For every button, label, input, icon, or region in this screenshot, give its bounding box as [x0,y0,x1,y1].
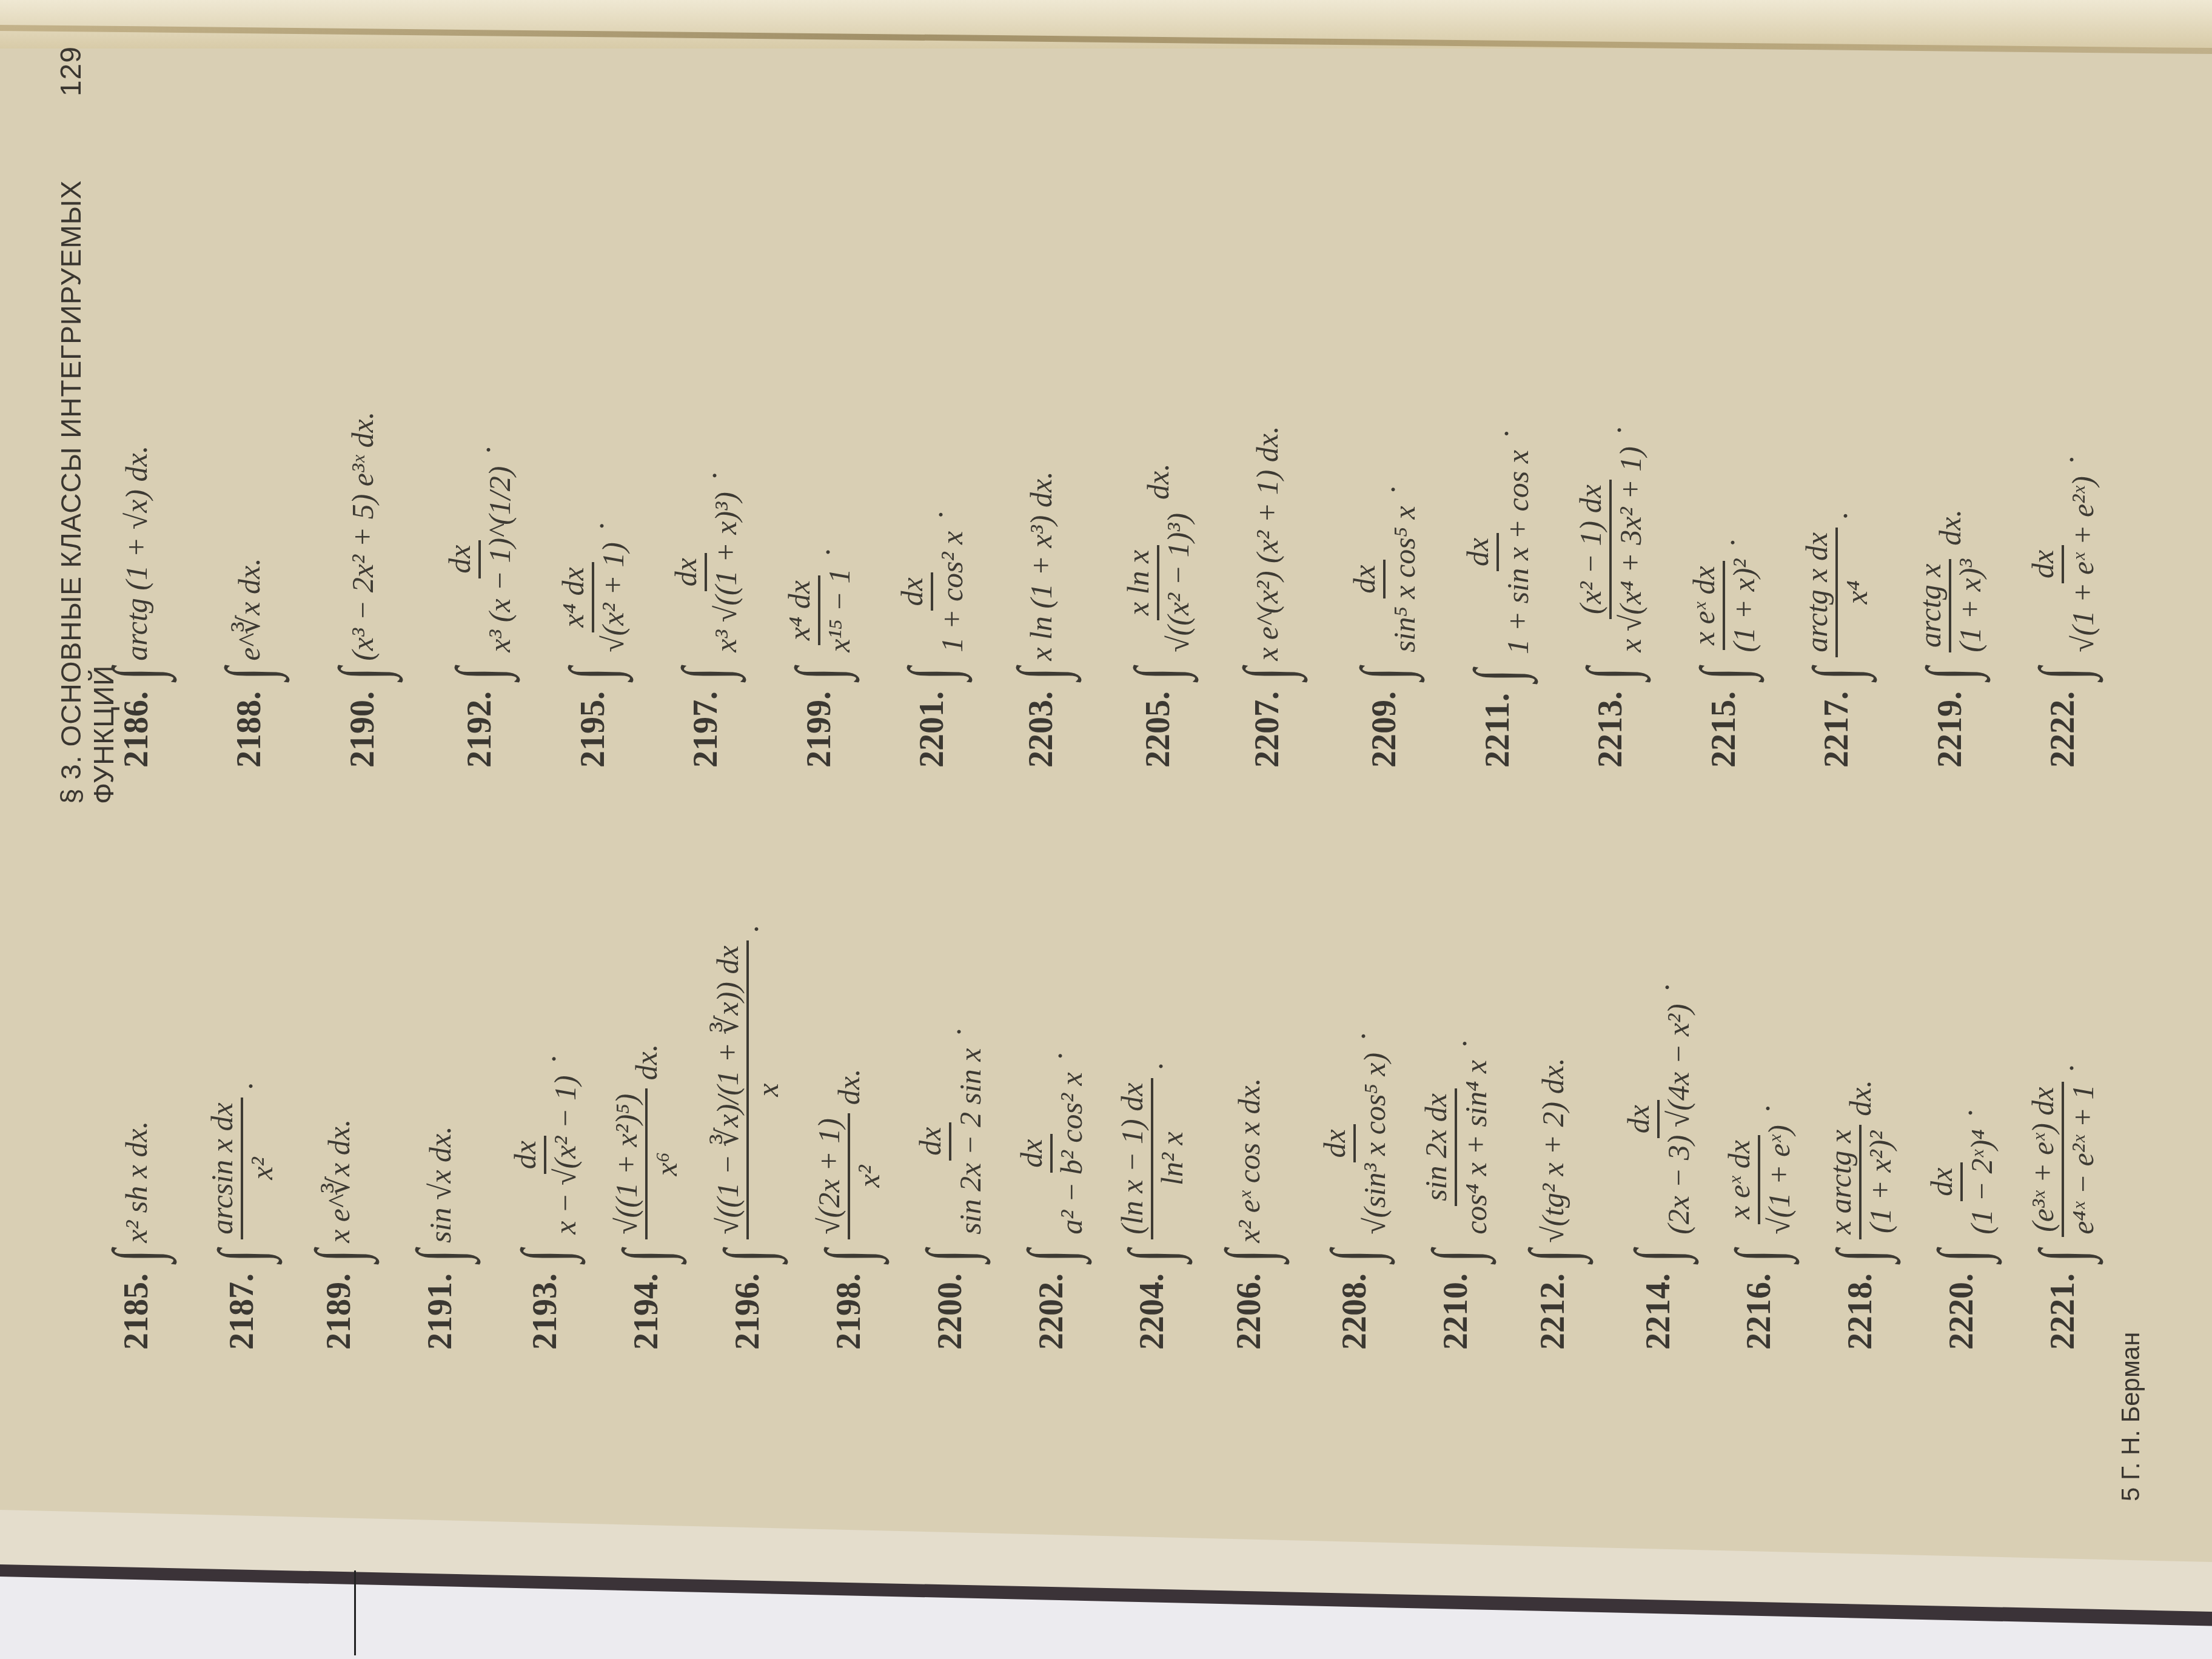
differential-tail: . [730,925,765,933]
integral-sign-icon: ∫ [917,1249,984,1262]
denominator: x² [243,1153,280,1185]
problem-number: 2218. [1841,1273,1880,1350]
problem-number: 2192. [460,691,499,768]
fraction: dx(1 − 2ˣ)⁴ [1924,1124,1999,1239]
integral-sign-icon: ∫ [209,1249,275,1262]
numerator: x ln x [1121,545,1159,620]
numerator: dx [894,572,933,611]
fraction: x eˣ dx(1 + x)² [1686,554,1761,657]
problem-item: 2207.∫x e^(x²) (x² + 1) dx. [1234,426,1301,768]
problem-number: 2203. [1022,691,1061,768]
problem-number: 2201. [913,691,951,768]
differential-tail: . [1593,426,1628,434]
problem-number: 2205. [1139,691,1178,768]
problem-number: 2212. [1533,1273,1572,1350]
problem-number: 2215. [1704,691,1743,768]
denominator: ln² x [1153,1127,1190,1190]
problem-number: 2199. [800,691,839,768]
problem-number: 2214. [1639,1273,1678,1350]
differential-tail: . [1337,1031,1372,1039]
numerator: arcsin x dx [204,1098,243,1239]
book-page: § 3. ОСНОВНЫЕ КЛАССЫ ИНТЕГРИРУЕМЫХ ФУНКЦ… [12,12,2195,1550]
problem-number: 2187. [223,1273,261,1350]
integrand: √(tg² x + 2) dx. [1535,1058,1570,1243]
numerator: √((1 − ∛x)/(1 + ∛x)) dx [710,940,749,1239]
fraction: dx√(1 + eˣ + e²ˣ) [2025,471,2100,657]
numerator: x eˣ dx [1721,1135,1760,1224]
integral-sign-icon: ∫ [1018,1249,1085,1262]
problem-item: 2208.∫dx√(sin³ x cos⁵ x). [1317,1031,1392,1350]
fraction: dxx³ (x − 1)^(1/2) [442,461,517,657]
problem-item: 2221.∫(e³ˣ + eˣ) dxe⁴ˣ − e²ˣ + 1. [2025,1064,2100,1350]
differential-tail: dx. [831,1068,866,1105]
integral-sign-icon: ∫ [1625,1249,1692,1262]
problem-number: 2195. [574,691,612,768]
problem-number: 2208. [1335,1273,1374,1350]
integral-sign-icon: ∫ [1008,667,1074,680]
problem-item: 2220.∫dx(1 − 2ˣ)⁴. [1924,1108,1999,1350]
problem-number: 2197. [686,691,725,768]
denominator: (1 − 2ˣ)⁴ [1963,1124,1999,1239]
fraction: x⁴ dxx¹⁵ − 1 [782,564,857,657]
integral-sign-icon: ∫ [816,1249,882,1262]
problem-number: 2186. [117,691,156,768]
problem-number: 2209. [1365,691,1404,768]
integral-sign-icon: ∫ [103,667,170,680]
problem-item: 2200.∫dxsin 2x − 2 sin x. [913,1027,988,1350]
numerator: dx [1014,1134,1053,1172]
integrand: (x³ − 2x² + 5) e³ˣ dx. [345,412,380,661]
differential-tail: . [914,510,950,518]
fraction: dx√(sin³ x cos⁵ x) [1317,1048,1392,1239]
integral-sign-icon: ∫ [1464,669,1531,682]
problem-item: 2222.∫dx√(1 + eˣ + e²ˣ). [2025,455,2100,768]
integral-sign-icon: ∫ [2029,1249,2096,1262]
numerator: dx [1347,560,1386,598]
differential-tail: . [1741,1104,1777,1112]
fraction: (ln x − 1) dxln² x [1114,1078,1190,1239]
integral-sign-icon: ∫ [407,1249,474,1262]
denominator: (1 + x)³ [1951,554,1988,657]
integral-sign-icon: ∫ [786,667,853,680]
numerator: (e³ˣ + eˣ) dx [2025,1082,2064,1236]
fraction: √((1 − ∛x)/(1 + ∛x)) dxx [710,940,785,1239]
fraction: x⁴ dx√(x² + 1) [555,537,631,657]
problem-item: 2192.∫dxx³ (x − 1)^(1/2). [442,445,517,768]
integral-sign-icon: ∫ [103,1249,170,1262]
denominator: x² [850,1160,886,1192]
denominator: a² − b² cos² x [1053,1067,1089,1239]
problem-item: 2217.∫arctg x dxx⁴. [1799,511,1874,768]
integral-sign-icon: ∫ [613,1249,680,1262]
integral-sign-icon: ∫ [1216,1249,1282,1262]
problem-item: 2190.∫(x³ − 2x² + 5) e³ˣ dx. [329,412,396,768]
problem-item: 2189.∫x e^∛x dx. [306,1119,372,1350]
fraction: dxa² − b² cos² x [1014,1067,1089,1239]
differential-tail: . [1819,511,1854,519]
denominator: (1 + x²)² [1862,1126,1898,1238]
problem-number: 2193. [526,1273,565,1350]
numerator: x eˣ dx [1686,561,1725,650]
denominator: x⁶ [648,1147,684,1181]
problem-number: 2213. [1591,691,1630,768]
problem-number: 2220. [1942,1273,1981,1350]
integral-sign-icon: ∫ [1691,667,1757,680]
fraction: dxsin⁵ x cos⁵ x [1347,501,1422,657]
problem-item: 2214.∫dx(2x − 3) √(4x − x²). [1621,983,1696,1350]
integrand: x² eˣ cos x dx. [1232,1078,1267,1243]
problem-item: 2213.∫(x² − 1) dxx √(x⁴ + 3x² + 1). [1573,426,1648,768]
differential-tail: dx. [629,1044,664,1081]
integral-sign-icon: ∫ [899,667,965,680]
problem-item: 2211.∫dx1 + sin x + cos x. [1460,429,1535,768]
numerator: arctg x [1912,559,1951,652]
fraction: dxx − √(x² − 1) [508,1070,583,1239]
fraction: √(2x + 1)x² [811,1113,886,1239]
numerator: (ln x − 1) dx [1114,1078,1153,1239]
differential-tail: dx. [1843,1080,1878,1116]
denominator: 1 + cos² x [933,526,970,657]
problem-item: 2204.∫(ln x − 1) dxln² x. [1114,1062,1190,1350]
problem-number: 2219. [1931,691,1969,768]
numerator: x⁴ dx [555,562,594,632]
differential-tail: . [462,445,497,453]
numerator: sin 2x dx [1418,1088,1457,1206]
integrand: x e^∛x dx. [321,1119,357,1243]
page-number: 129 [55,46,88,96]
integral-sign-icon: ∫ [446,667,513,680]
numerator: dx [668,553,707,591]
denominator: √(1 + eˣ + e²ˣ) [2064,471,2100,657]
fraction: √((1 + x²)⁵)x⁶ [609,1089,684,1239]
differential-tail: . [1134,1062,1170,1070]
numerator: x arctg x [1823,1125,1862,1239]
problem-item: 2193.∫dxx − √(x² − 1). [508,1054,583,1350]
numerator: dx [913,1122,951,1161]
integral-sign-icon: ∫ [512,1249,578,1262]
problem-number: 2191. [421,1273,460,1350]
problem-number: 2190. [343,691,382,768]
integral-sign-icon: ∫ [329,667,396,680]
problem-item: 2212.∫√(tg² x + 2) dx. [1520,1058,1586,1350]
fraction: sin 2x dxcos⁴ x + sin⁴ x [1418,1055,1493,1239]
numerator: dx [1317,1124,1356,1162]
problem-item: 2218.∫x arctg x(1 + x²)²dx. [1823,1080,1898,1350]
denominator: e⁴ˣ − e²ˣ + 1 [2064,1079,2100,1239]
fraction: dx1 + sin x + cos x [1460,445,1535,659]
problem-number: 2221. [2043,1273,2082,1350]
problem-item: 2185.∫x² sh x dx. [103,1121,170,1350]
problem-item: 2216.∫x eˣ dx√(1 + eˣ). [1721,1104,1797,1350]
problem-number: 2189. [320,1273,358,1350]
differential-tail: . [1944,1108,1979,1116]
problem-item: 2209.∫dxsin⁵ x cos⁵ x. [1347,485,1422,768]
integral-sign-icon: ∫ [216,667,283,680]
integrand: x e^(x²) (x² + 1) dx. [1250,426,1285,660]
integral-sign-icon: ∫ [1125,667,1191,680]
integrand: sin √x dx. [423,1126,458,1243]
fraction: x arctg x(1 + x²)² [1823,1125,1898,1239]
problem-item: 2188.∫e^∛x dx. [216,558,283,768]
sheet-line [354,1570,356,1655]
problem-number: 2216. [1740,1273,1778,1350]
differential-tail: dx. [1141,463,1176,500]
denominator: x √(x⁴ + 3x² + 1) [1612,441,1648,657]
differential-tail: . [2045,1064,2080,1071]
problem-item: 2197.∫dxx³ √((1 + x)³). [668,471,743,768]
signature-mark: 5 Г. Н. Берман [2116,1332,2145,1501]
denominator: √(1 + eˣ) [1760,1120,1797,1239]
problem-number: 2211. [1478,693,1517,768]
fraction: arctg x(1 + x)³ [1912,554,1988,657]
integrand: x² sh x dx. [119,1121,154,1243]
problem-item: 2210.∫sin 2x dxcos⁴ x + sin⁴ x. [1418,1039,1493,1350]
problem-item: 2191.∫sin √x dx. [407,1126,474,1350]
numerator: dx [508,1136,546,1174]
integral-sign-icon: ∫ [1803,667,1870,680]
problem-item: 2187.∫arcsin x dxx². [204,1082,280,1350]
integral-sign-icon: ∫ [1351,667,1418,680]
denominator: 1 + sin x + cos x [1499,445,1535,659]
problem-number: 2207. [1248,691,1287,768]
denominator: x − √(x² − 1) [546,1070,583,1239]
problem-number: 2206. [1230,1273,1269,1350]
integral-sign-icon: ∫ [1917,667,1983,680]
integrand: arctg (1 + √x) dx. [119,446,154,661]
differential-tail: . [1367,485,1402,493]
integrand: x ln (1 + x³) dx. [1024,471,1059,661]
integral-sign-icon: ∫ [1423,1249,1489,1262]
differential-tail: . [933,1027,968,1035]
differential-tail: . [1438,1039,1473,1047]
fraction: dx1 + cos² x [894,526,970,657]
problem-item: 2206.∫x² eˣ cos x dx. [1216,1078,1282,1350]
differential-tail: . [802,548,837,555]
problem-item: 2201.∫dx1 + cos² x. [894,510,970,768]
problem-number: 2222. [2043,691,2082,768]
differential-tail: . [575,521,611,529]
integral-sign-icon: ∫ [1928,1249,1995,1262]
numerator: dx [1924,1162,1963,1201]
numerator: dx [442,540,481,578]
differential-tail: . [224,1082,260,1090]
denominator: √(x² + 1) [594,537,631,657]
numerator: x⁴ dx [782,575,820,645]
integral-sign-icon: ∫ [1321,1249,1388,1262]
differential-tail: . [528,1054,563,1062]
fraction: dx(2x − 3) √(4x − x²) [1621,999,1696,1239]
differential-tail: dx. [1932,509,1968,546]
differential-tail: . [1034,1051,1069,1059]
integral-sign-icon: ∫ [1520,1249,1586,1262]
integral-sign-icon: ∫ [1577,667,1644,680]
numerator: (x² − 1) dx [1573,480,1612,619]
integral-sign-icon: ∫ [306,1249,372,1262]
denominator: (2x − 3) √(4x − x²) [1660,999,1696,1239]
problem-number: 2188. [230,691,269,768]
numerator: arctg x dx [1799,528,1838,657]
fraction: (x² − 1) dxx √(x⁴ + 3x² + 1) [1573,441,1648,657]
integral-sign-icon: ∫ [1119,1249,1185,1262]
problem-item: 2203.∫x ln (1 + x³) dx. [1008,471,1074,768]
numerator: dx [2025,545,2064,583]
numerator: dx [1621,1100,1660,1138]
problem-item: 2195.∫x⁴ dx√(x² + 1). [555,521,631,768]
integral-sign-icon: ∫ [714,1249,781,1262]
integral-sign-icon: ∫ [2029,667,2096,680]
denominator: sin⁵ x cos⁵ x [1386,501,1422,657]
problem-item: 2205.∫x ln x√((x² − 1)³)dx. [1121,463,1196,768]
integral-sign-icon: ∫ [1827,1249,1894,1262]
problem-item: 2215.∫x eˣ dx(1 + x)². [1686,538,1761,768]
problem-item: 2194.∫√((1 + x²)⁵)x⁶dx. [609,1044,684,1350]
numerator: √((1 + x²)⁵) [609,1089,648,1239]
differential-tail: . [2045,455,2080,463]
integral-sign-icon: ∫ [1234,667,1301,680]
denominator: x⁴ [1838,575,1874,609]
problem-item: 2219.∫arctg x(1 + x)³dx. [1912,509,1988,768]
problem-number: 2196. [728,1273,767,1350]
problem-item: 2196.∫√((1 − ∛x)/(1 + ∛x)) dxx. [710,925,785,1350]
denominator: x³ (x − 1)^(1/2) [481,461,517,657]
denominator: √(sin³ x cos⁵ x) [1356,1048,1392,1239]
denominator: x³ √((1 + x)³) [707,487,743,657]
problem-number: 2202. [1032,1273,1071,1350]
fraction: x eˣ dx√(1 + eˣ) [1721,1120,1797,1239]
fraction: arctg x dxx⁴ [1799,528,1874,657]
denominator: (1 + x)² [1725,554,1761,657]
integrand: e^∛x dx. [232,558,267,661]
problem-item: 2199.∫x⁴ dxx¹⁵ − 1. [782,548,857,768]
fraction: dxx³ √((1 + x)³) [668,487,743,657]
problem-number: 2217. [1817,691,1856,768]
denominator: x [749,1079,785,1102]
problem-item: 2186.∫arctg (1 + √x) dx. [103,446,170,768]
problem-number: 2204. [1133,1273,1171,1350]
integral-sign-icon: ∫ [1726,1249,1792,1262]
differential-tail: . [688,471,723,479]
denominator: sin 2x − 2 sin x [951,1044,988,1239]
integral-sign-icon: ∫ [560,667,626,680]
denominator: √((x² − 1)³) [1159,508,1196,657]
integral-sign-icon: ∫ [672,667,739,680]
problem-number: 2198. [829,1273,868,1350]
denominator: x¹⁵ − 1 [820,564,857,657]
differential-tail: . [1480,429,1515,437]
fraction: (e³ˣ + eˣ) dxe⁴ˣ − e²ˣ + 1 [2025,1079,2100,1239]
numerator: dx [1460,533,1499,571]
problem-number: 2210. [1436,1273,1475,1350]
denominator: cos⁴ x + sin⁴ x [1457,1055,1493,1239]
problem-number: 2194. [627,1273,666,1350]
fraction: dxsin 2x − 2 sin x [913,1044,988,1239]
differential-tail: . [1641,983,1676,991]
problem-item: 2202.∫dxa² − b² cos² x. [1014,1051,1089,1350]
numerator: √(2x + 1) [811,1113,850,1239]
problem-number: 2185. [117,1273,156,1350]
problem-number: 2200. [931,1273,970,1350]
differential-tail: . [1706,538,1741,546]
fraction: x ln x√((x² − 1)³) [1121,508,1196,657]
problem-item: 2198.∫√(2x + 1)x²dx. [811,1068,886,1350]
fraction: arcsin x dxx² [204,1098,280,1239]
